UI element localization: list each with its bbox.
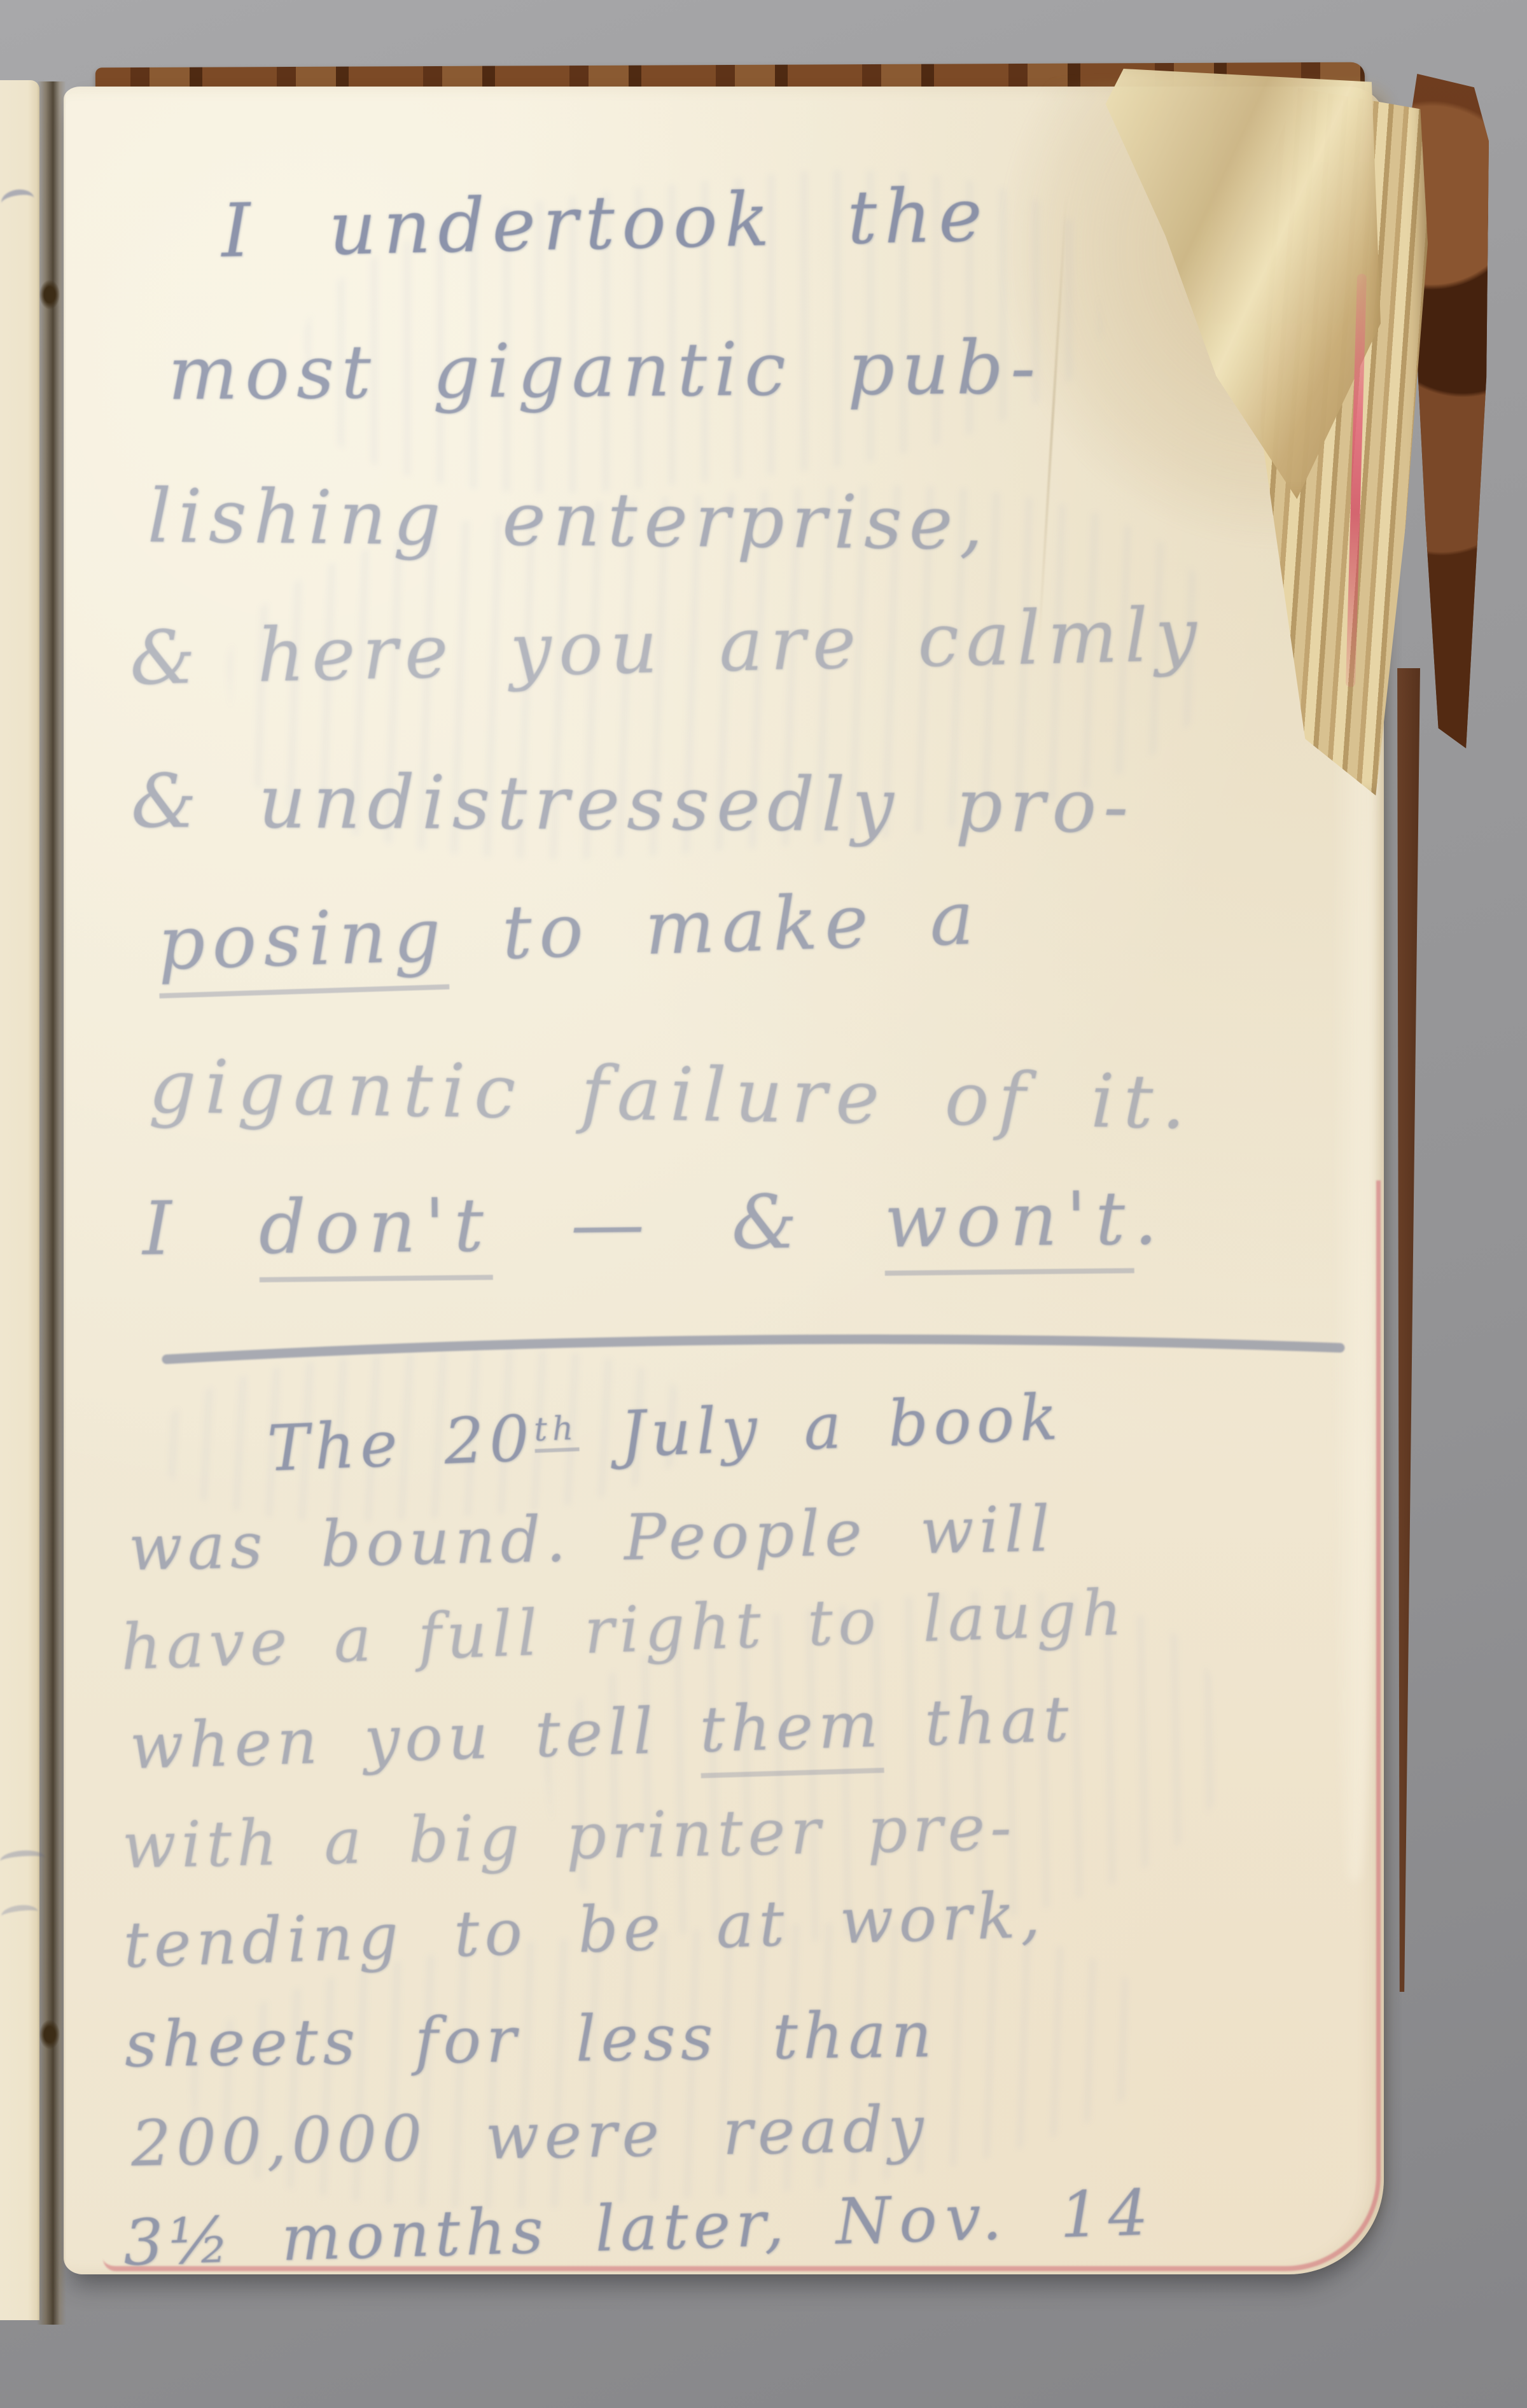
line-text: I: [142, 1185, 259, 1272]
line-text: — &: [492, 1179, 884, 1268]
line-text: I undertook the: [221, 172, 990, 274]
manuscript-line: I don't — & won't.: [142, 1145, 1365, 1301]
line-text: 200,000 were ready: [130, 2092, 930, 2181]
underlined-word: won't: [884, 1176, 1134, 1276]
underlined-word: posing: [157, 892, 449, 998]
leather-cover-right-edge: [1391, 668, 1420, 1992]
manuscript-line: & here you are calmly: [128, 560, 1366, 731]
date-note: Nov. 14: [835, 2176, 1158, 2259]
superscript-ordinal: th: [533, 1409, 579, 1453]
facing-page-edge: [0, 80, 39, 2320]
line-text: sheets for less than: [124, 1998, 937, 2082]
line-text: & here you are calmly: [129, 592, 1204, 702]
manuscript-line: most gigantic pub-: [167, 295, 1365, 445]
line-text: The 20: [266, 1402, 536, 1486]
underlined-word: them: [699, 1688, 884, 1778]
stitch-hole: [39, 2020, 60, 2049]
line-text: 3½ months later,: [122, 2186, 837, 2280]
pencil-mark: [0, 187, 36, 214]
line-text: July a book: [577, 1381, 1064, 1473]
line-text: lishing enterprise,: [147, 473, 990, 567]
line-text: that: [882, 1683, 1075, 1761]
photo-backdrop: I undertook the most gigantic pub- lishi…: [0, 0, 1527, 2408]
line-text: most gigantic pub-: [168, 325, 1043, 417]
line-text: with a big printer pre-: [122, 1791, 1017, 1883]
stitch-hole: [39, 280, 60, 309]
pencil-mark: [1, 1903, 39, 1925]
underlined-word: don't: [258, 1182, 493, 1282]
lower-paragraph: The 20th July a book was bound. People w…: [64, 1378, 1384, 2293]
line-text: .: [1133, 1175, 1166, 1262]
notebook-page: I undertook the most gigantic pub- lishi…: [64, 87, 1384, 2274]
line-text: when you tell: [129, 1693, 701, 1784]
line-text: tending to be at work,: [122, 1879, 1046, 1982]
line-text: to make a: [446, 875, 982, 977]
line-text: gigantic failure of it.: [148, 1044, 1195, 1146]
binding-gutter: [37, 81, 66, 2325]
line-text: & undistressedly pro-: [131, 759, 1136, 850]
